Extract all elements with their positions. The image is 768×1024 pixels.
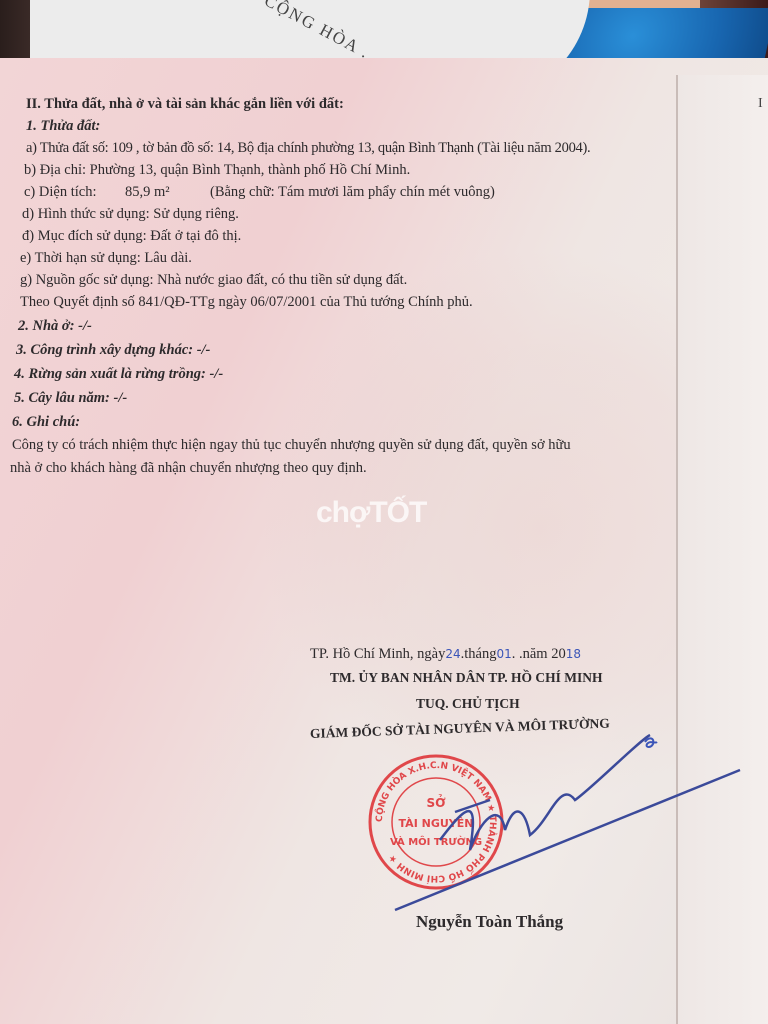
document-content: II. Thửa đất, nhà ở và tài sản khác gắn … <box>0 0 768 1024</box>
handwritten-signature <box>0 0 768 1024</box>
signer-name: Nguyễn Toàn Thắng <box>416 912 563 932</box>
